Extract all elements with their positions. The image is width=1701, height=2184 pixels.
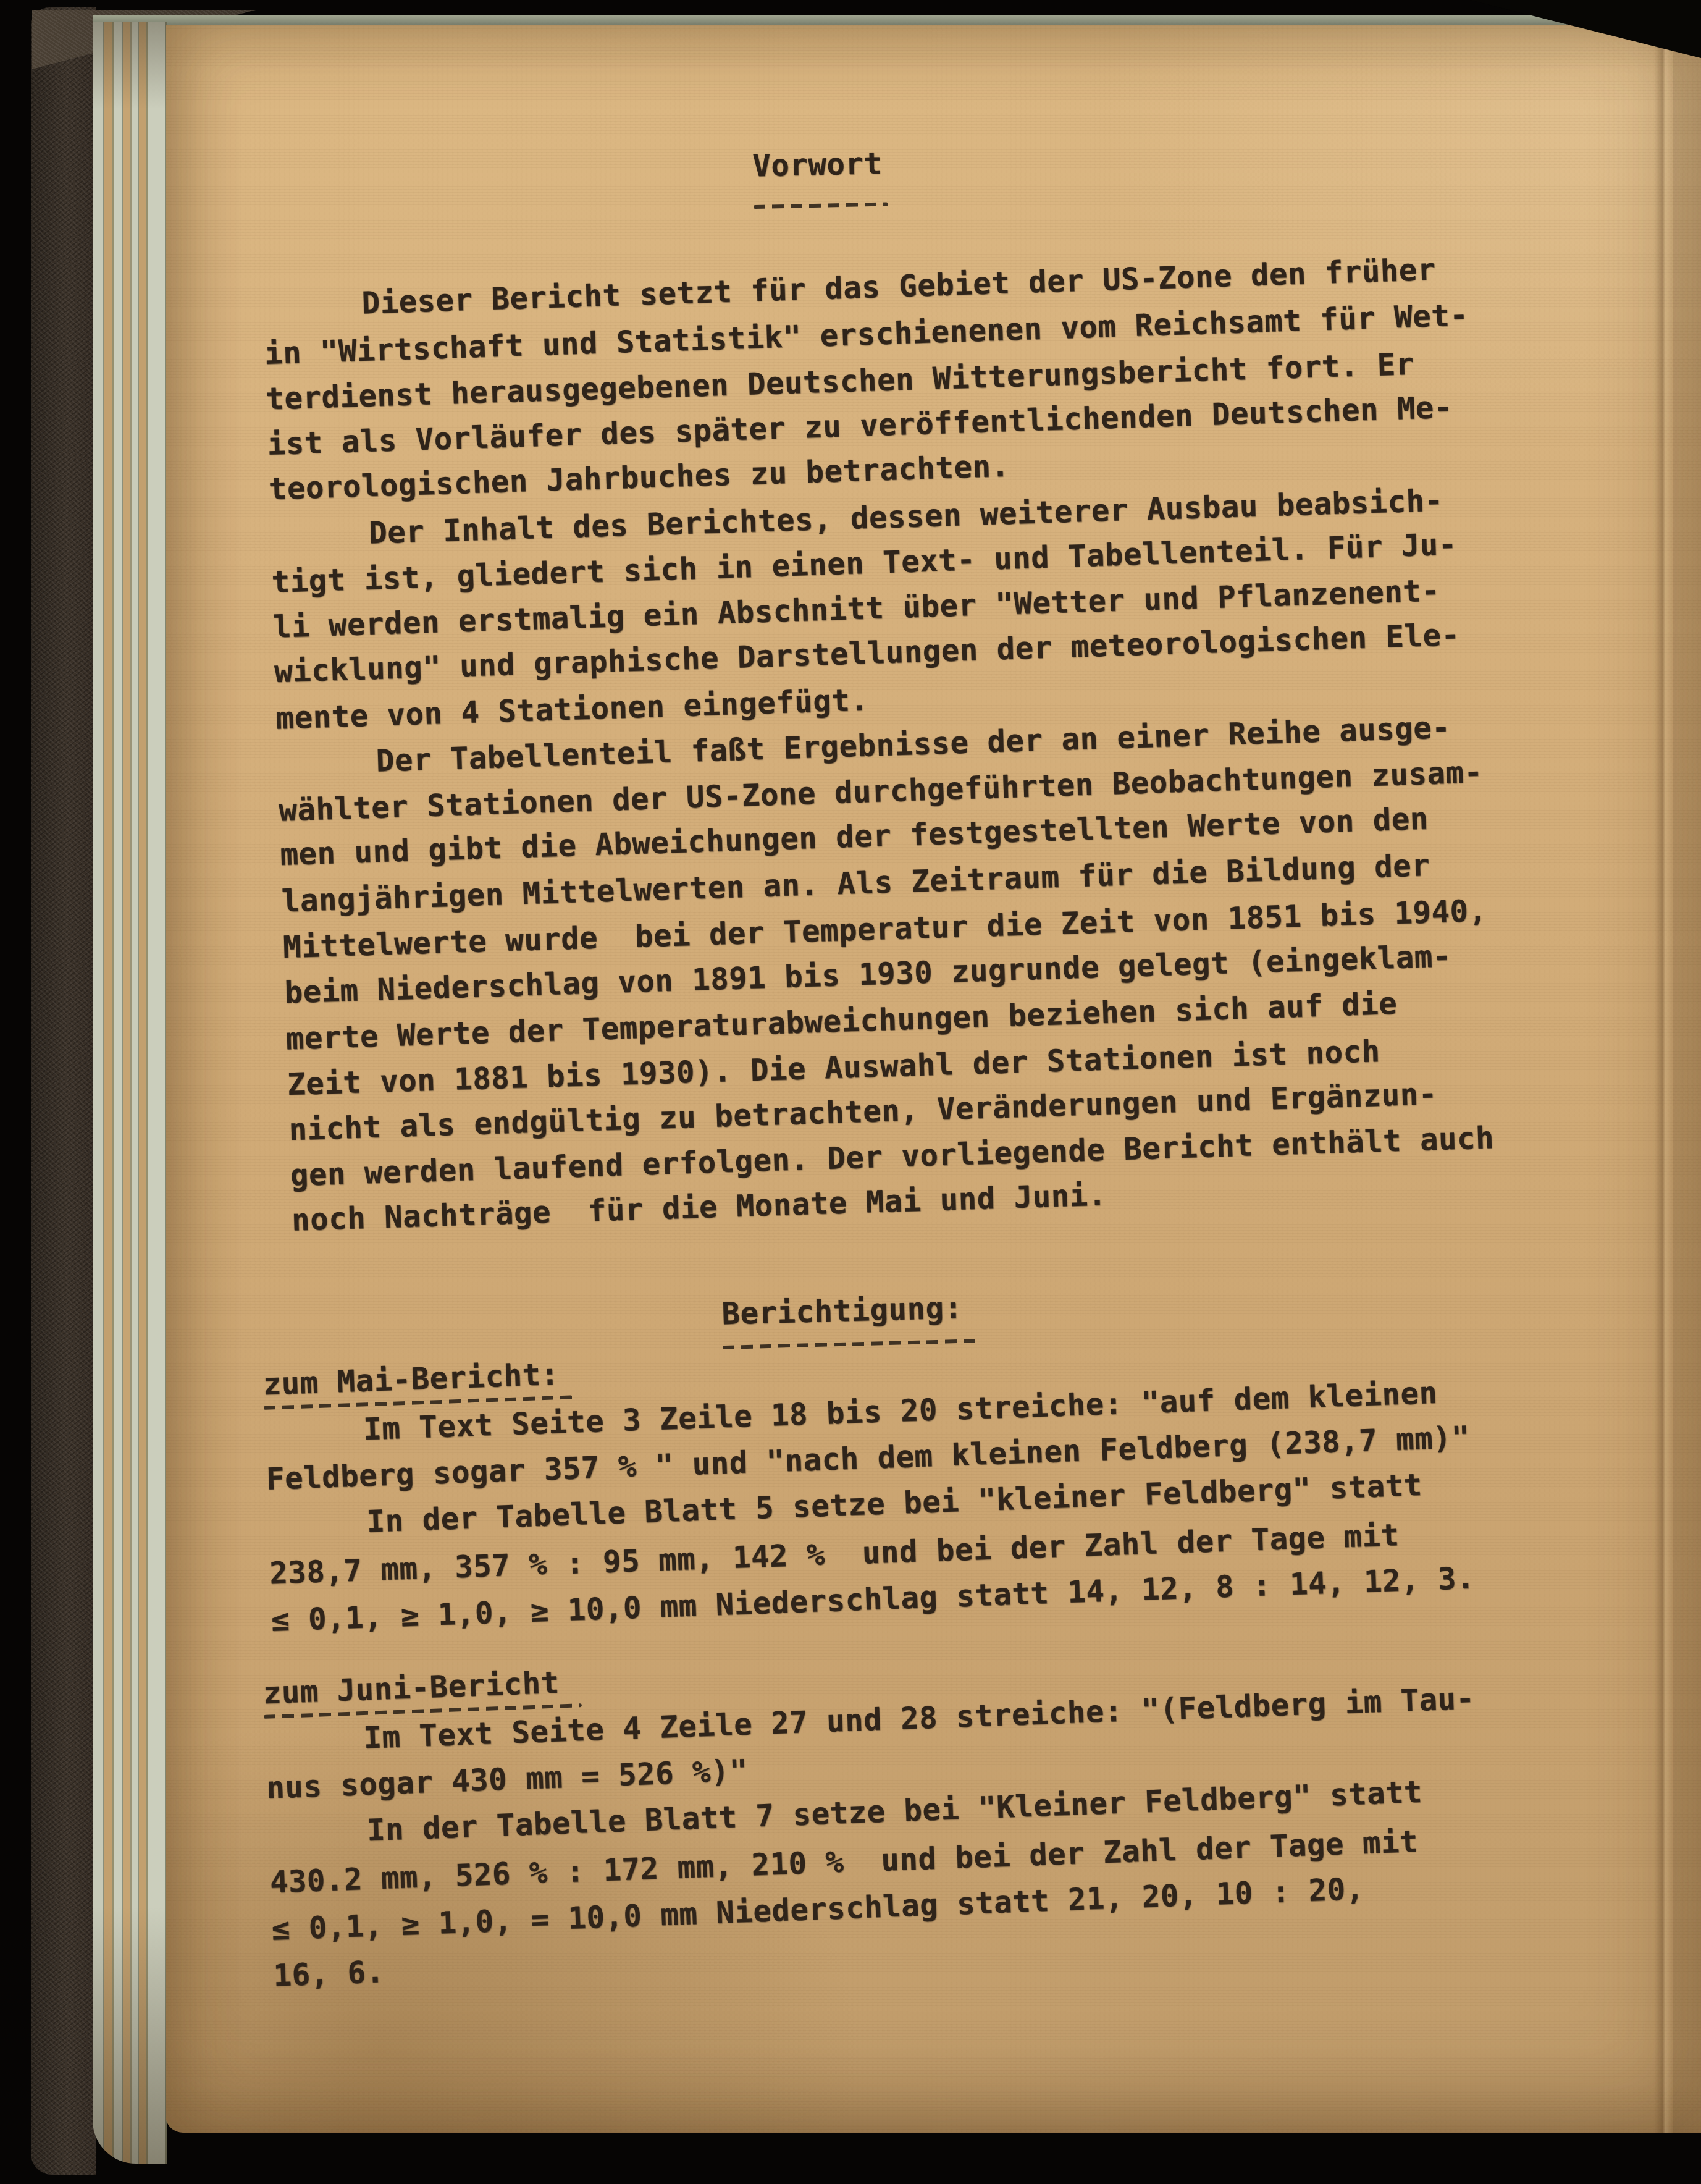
page-title: Vorwort [752, 148, 883, 181]
page-crease [1654, 25, 1673, 2133]
text-line: nus sogar 430 mm = 526 %)" [266, 1755, 749, 1803]
mai-report-subheading: zum Mai-Bericht: [262, 1359, 560, 1400]
heading-underline [723, 1339, 976, 1349]
text-line: teorologischen Jahrbuches zu betrachten. [268, 451, 1010, 505]
document-page: Vorwort Dieser Bericht setzt für das Geb… [166, 25, 1701, 2133]
text-line: 16, 6. [273, 1957, 385, 1991]
page-stack-edges [93, 22, 167, 2164]
scanned-book-page: Vorwort Dieser Bericht setzt für das Geb… [0, 0, 1701, 2184]
title-underline [754, 202, 888, 209]
book-cover-spine [31, 7, 96, 2175]
correction-heading: Berichtigung: [721, 1292, 963, 1329]
text-line: mente von 4 Stationen eingefügt. [275, 685, 869, 734]
juni-report-subheading: zum Juni-Bericht [262, 1668, 560, 1709]
gutter-shadow [1673, 25, 1701, 2133]
